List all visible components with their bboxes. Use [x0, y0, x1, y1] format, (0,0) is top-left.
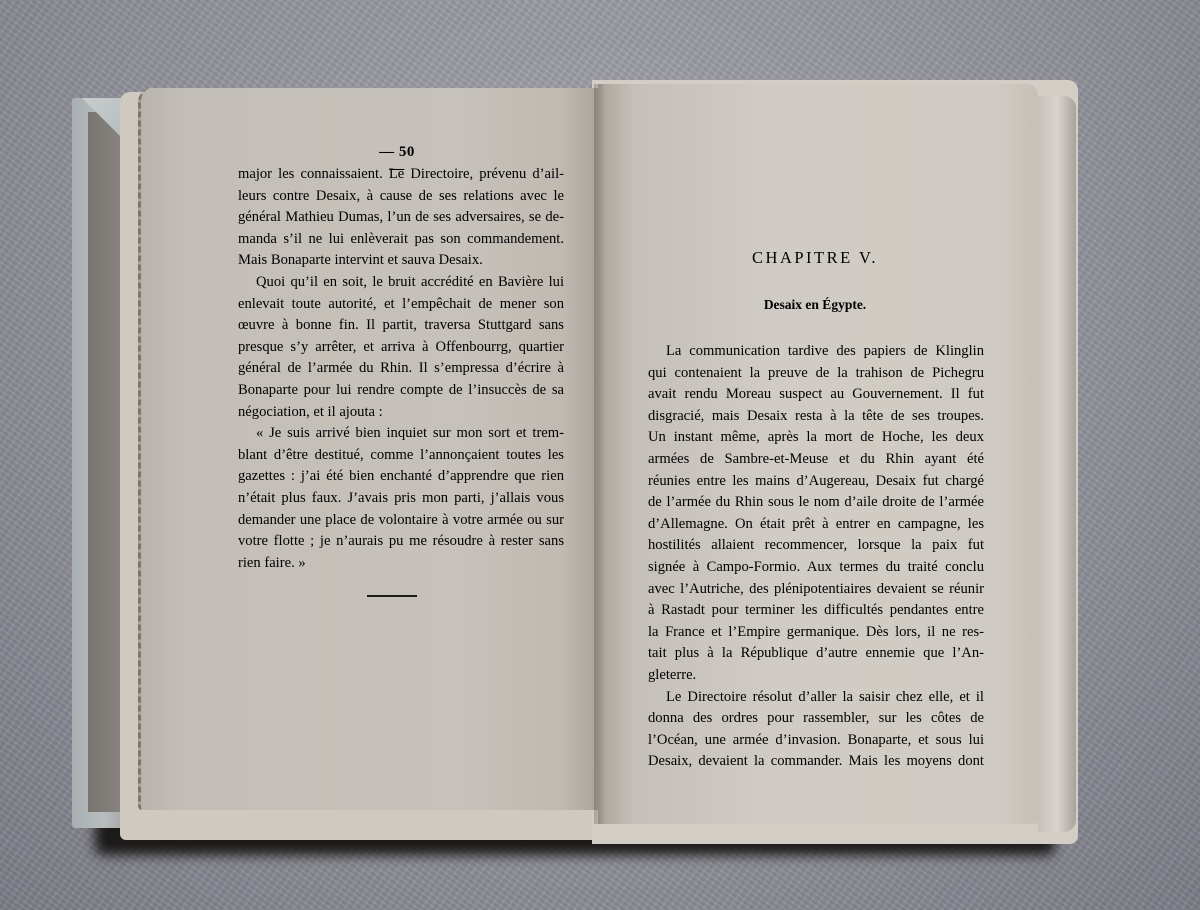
text-line: général Mathieu Dumas, l’un de ses adver…	[238, 207, 564, 229]
text-line: manda s’il ne lui enlèverait pas son com…	[238, 229, 564, 251]
text-line: armées de Sambre-et-Meuse et du Rhin aya…	[648, 449, 984, 471]
book-gutter	[594, 84, 604, 824]
chapter-title: CHAPITRE V.	[700, 248, 930, 268]
quote-line: rien faire. »	[238, 553, 564, 575]
text-line: leurs contre Desaix, à cause de ses rela…	[238, 186, 564, 208]
text-line: Le Directoire résolut d’aller la saisir …	[648, 687, 984, 709]
text-line: tait plus à la République d’autre ennemi…	[648, 643, 984, 665]
text-line: la France et l’Empire germanique. Dès lo…	[648, 622, 984, 644]
quote-line: demander une place de volontaire à votre…	[238, 510, 564, 532]
quote-line: n’était plus faux. J’avais pris mon part…	[238, 488, 564, 510]
text-line: gleterre.	[648, 665, 984, 687]
text-line: Bonaparte pour lui rendre compte de l’in…	[238, 380, 564, 402]
text-line: avait rendu Moreau suspect au Gouverneme…	[648, 384, 984, 406]
text-line: de l’armée du Rhin sous le nom d’aile dr…	[648, 492, 984, 514]
text-line: Mais Bonaparte intervint et sauva Desaix…	[238, 250, 564, 272]
text-line: Quoi qu’il en soit, le bruit accrédité e…	[238, 272, 564, 294]
quote-line: gazettes : j’ai été bien enchanté d’appr…	[238, 466, 564, 488]
left-page-body: major les connaissaient. Le Directoire, …	[238, 164, 564, 574]
quote-line: blant d’être destitué, comme l’annonçaie…	[238, 445, 564, 467]
text-line: d’Allemagne. On était prêt à entrer en c…	[648, 514, 984, 536]
text-line: Un instant même, après la mort de Hoche,…	[648, 427, 984, 449]
text-line: négociation, et il ajouta :	[238, 402, 564, 424]
text-line: enlevait toute autorité, et l’empêchait …	[238, 294, 564, 316]
text-line: signée à Campo-Formio. Aux termes du tra…	[648, 557, 984, 579]
text-line: presque s’y arrêter, et arriva à Offenbo…	[238, 337, 564, 359]
section-end-rule	[367, 595, 417, 597]
quote-line: votre flotte ; je n’aurais pu me résoudr…	[238, 531, 564, 553]
text-line: major les connaissaient. Le Directoire, …	[238, 164, 564, 186]
text-line: l’Océan, une armée d’invasion. Bonaparte…	[648, 730, 984, 752]
text-line: réunies entre les mains d’Augereau, Desa…	[648, 471, 984, 493]
right-page-body: La communication tardive des papiers de …	[648, 341, 984, 773]
text-line: qui contenaient la preuve de la trahison…	[648, 363, 984, 385]
text-line: donna des ordres pour rassembler, sur le…	[648, 708, 984, 730]
text-line: œuvre à bonne fin. Il partit, traversa S…	[238, 315, 564, 337]
text-line: disgracié, mais Desaix resta à la tête d…	[648, 406, 984, 428]
text-line: Desaix, devaient la commander. Mais les …	[648, 751, 984, 773]
text-line: La communication tardive des papiers de …	[648, 341, 984, 363]
text-line: à Rastadt pour terminer les difficultés …	[648, 600, 984, 622]
text-line: général de l’armée du Rhin. Il s’empress…	[238, 358, 564, 380]
right-page-edges	[1038, 96, 1076, 832]
chapter-subtitle: Desaix en Égypte.	[700, 297, 930, 313]
text-line: avec l’Autriche, des plénipotentiaires d…	[648, 579, 984, 601]
text-line: hostilités allaient recommencer, lorsque…	[648, 535, 984, 557]
quote-line: « Je suis arrivé bien inquiet sur mon so…	[238, 423, 564, 445]
